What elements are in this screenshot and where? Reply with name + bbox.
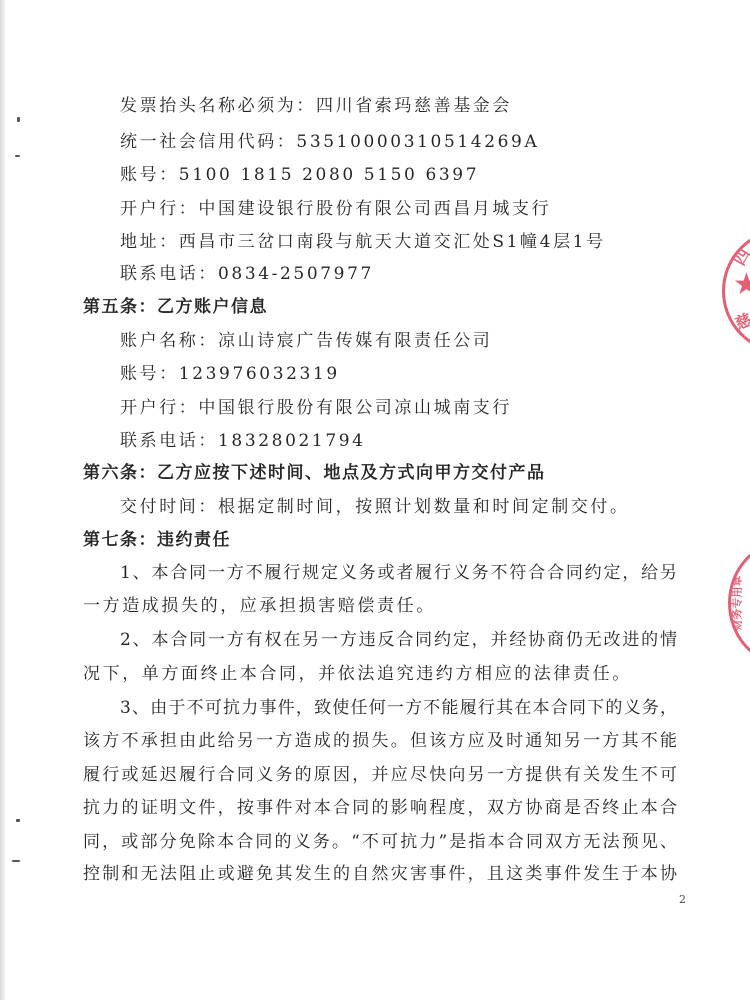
clause-1-line-2: 一方造成损失的，应承担损害赔偿责任。: [83, 596, 436, 616]
clause-3-line-1: 3、由于不可抗力事件，致使任何一方不能履行其在本合同下的义务，: [120, 698, 677, 718]
company-seal-fragment-top: 四 ★ 慈: [722, 228, 750, 354]
clause-3-line-6: 控制和无法阻止或避免其发生的自然灾害事件，且这类事件发生于本协: [83, 864, 677, 884]
scan-speck: [16, 819, 20, 822]
clause-1-line-1: 1、本合同一方不履行规定义务或者履行义务不符合合同约定，给另: [120, 563, 677, 583]
party-b-account-line: 账号：123976032319: [120, 364, 340, 384]
party-b-account-name-line: 账户名称：凉山诗宸广告传媒有限责任公司: [120, 331, 492, 351]
seal-star-icon: ★: [733, 267, 750, 302]
credit-code-line: 统一社会信用代码：53510000310514269A: [120, 132, 539, 152]
clause-3-line-5: 同，或部分免除本合同的义务。“不可抗力”是指本合同双方无法预见、: [83, 832, 677, 852]
scan-speck: [15, 155, 20, 157]
seal-text: 财务专用章: [729, 576, 745, 631]
party-a-phone-line: 联系电话：0834-2507977: [120, 264, 374, 284]
delivery-time-line: 交付时间：根据定制时间，按照计划数量和时间定制交付。: [120, 497, 630, 517]
scan-speck: [17, 117, 20, 122]
party-a-account-line: 账号：5100 1815 2080 5150 6397: [120, 165, 479, 185]
invoice-title-line: 发票抬头名称必须为：四川省索玛慈善基金会: [120, 96, 512, 116]
document-page: 发票抬头名称必须为：四川省索玛慈善基金会 统一社会信用代码：5351000031…: [0, 0, 750, 1000]
finance-seal-fragment-bottom: 财务专用章: [728, 540, 750, 666]
clause-3-line-4: 抗力的证明文件，按事件对本合同的影响程度，双方协商是否终止本合: [83, 798, 677, 818]
seal-char: 慈: [732, 307, 750, 334]
scan-speck: [12, 860, 20, 862]
party-a-address-line: 地址：西昌市三岔口南段与航天大道交汇处S1幢4层1号: [120, 232, 606, 252]
clause-3-line-2: 该方不承担由此给另一方造成的损失。但该方应及时通知另一方其不能: [83, 731, 677, 751]
article-5-heading: 第五条：乙方账户信息: [83, 297, 268, 317]
clause-2-line-2: 况下，单方面终止本合同，并依法追究违约方相应的法律责任。: [83, 664, 632, 684]
seal-char: 四: [727, 244, 750, 269]
article-6-heading: 第六条：乙方应按下述时间、地点及方式向甲方交付产品: [83, 463, 546, 483]
page-number: 2: [679, 893, 686, 906]
clause-2-line-1: 2、本合同一方有权在另一方违反合同约定，并经协商仍无改进的情: [120, 630, 677, 650]
party-b-bank-line: 开户行：中国银行股份有限公司凉山城南支行: [120, 398, 512, 418]
clause-3-line-3: 履行或延迟履行合同义务的原因，并应尽快向另一方提供有关发生不可: [83, 765, 677, 785]
scan-edge-shadow: [0, 0, 5, 1000]
party-b-phone-line: 联系电话：18328021794: [120, 431, 366, 451]
article-7-heading: 第七条：违约责任: [83, 530, 231, 550]
party-a-bank-line: 开户行：中国建设银行股份有限公司西昌月城支行: [120, 199, 551, 219]
